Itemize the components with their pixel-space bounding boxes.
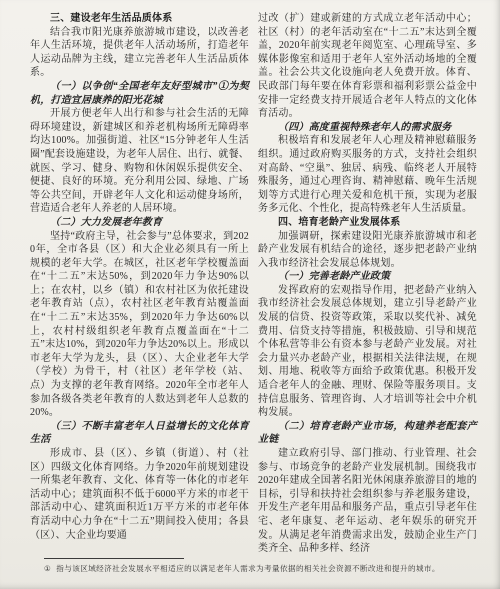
- footnote-marker: ①: [44, 564, 51, 573]
- paragraph: 过改（扩）建或新建的方式成立老年活动中心；社区（村）的老年活动室在“十二五”末达…: [258, 12, 477, 121]
- document-page: 三、建设老年生活品质体系结合我市阳光康养旅游城市建设，以改善老年人生活环境，提供…: [0, 0, 500, 589]
- paragraph: 建立政府引导、部门推动、行业管理、社会参与、市场竞争的老龄产业发展机制。围绕我市…: [258, 447, 477, 556]
- paragraph: 结合我市阳光康养旅游城市建设，以改善老年人生活环境，提供老年人活动场所，打造老年…: [30, 26, 249, 80]
- subsection-heading: （四）高度重视特殊老年人的需求服务: [258, 121, 477, 135]
- footnote-separator: [44, 558, 184, 559]
- section-heading: 三、建设老年生活品质体系: [30, 12, 249, 26]
- paragraph: 坚持“政府主导，社会参与”总体要求，到2020年，全市各县（区）和大企业必须具有…: [30, 230, 249, 420]
- footnote: ①指与该区域经济社会发展水平相适应的以满足老年人需求为考量依据的相关社会资源不断…: [30, 564, 476, 574]
- subsection-heading: （二）大力发展老年教育: [30, 216, 249, 230]
- paragraph: 开展方便老年人出行和参与社会生活的无障碍环境建设，新建城区和养老机构场所无障碍率…: [30, 107, 249, 216]
- subsection-heading: （一）完善老龄产业政策: [258, 270, 477, 284]
- paragraph: 加强调研，探索建设阳光康养旅游城市和老龄产业发展有机结合的途径，逐步把老龄产业纳…: [258, 230, 477, 271]
- left-text-column: 三、建设老年生活品质体系结合我市阳光康养旅游城市建设，以改善老年人生活环境，提供…: [30, 12, 249, 556]
- two-column-text-layout: 三、建设老年生活品质体系结合我市阳光康养旅游城市建设，以改善老年人生活环境，提供…: [30, 12, 476, 556]
- footnote-area: ①指与该区域经济社会发展水平相适应的以满足老年人需求为考量依据的相关社会资源不断…: [30, 558, 476, 574]
- paragraph: 形成市、县（区）、乡镇（街道）、村（社区）四级文化体育网络。力争2020年前规划…: [30, 447, 249, 542]
- footnote-text: 指与该区域经济社会发展水平相适应的以满足老年人需求为考量依据的相关社会资源不断改…: [56, 564, 440, 573]
- section-heading: 四、培育老龄产业发展体系: [258, 216, 477, 230]
- right-text-column: 过改（扩）建或新建的方式成立老年活动中心；社区（村）的老年活动室在“十二五”末达…: [258, 12, 477, 556]
- paragraph: 积极培育和发展老年人心理及精神慰藉服务组织。通过政府购买服务的方式，支持社会组织…: [258, 134, 477, 216]
- subsection-heading: （一）以争创“全国老年友好型城市”①为契机，打造宜居康养的阳光花城: [30, 80, 249, 107]
- subsection-heading: （二）培育老龄产业市场，构建养老配套产业链: [258, 420, 477, 447]
- paragraph: 发挥政府的宏观指导作用，把老龄产业纳入我市经济社会发展总体规划，建立引导老龄产业…: [258, 284, 477, 420]
- subsection-heading: （三）不断丰富老年人日益增长的文化体育生活: [30, 420, 249, 447]
